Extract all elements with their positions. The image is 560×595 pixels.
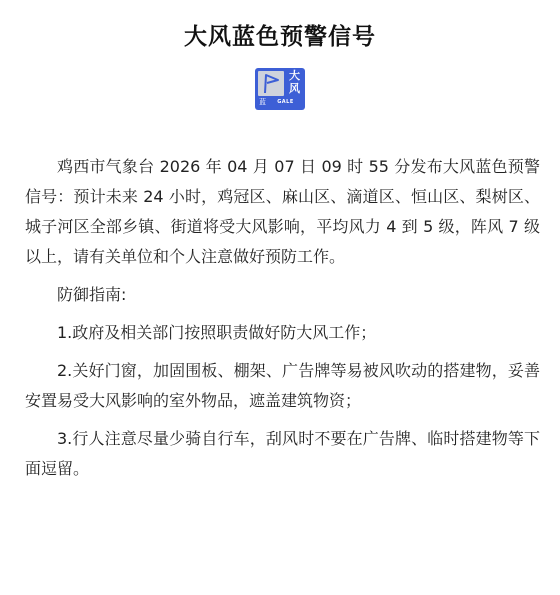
signal-gale-label: GALE [269,98,302,107]
wind-blue-warning-icon: 大风 蓝 GALE [255,68,305,110]
signal-chars: 大风 [286,69,303,95]
guide-item-2: 2.关好门窗，加固围板、棚架、广告牌等易被风吹动的搭建物，妥善安置易受大风影响的… [25,356,540,416]
warning-paragraph: 鸡西市气象台 2026 年 04 月 07 日 09 时 55 分发布大风蓝色预… [25,152,540,272]
guide-item-1: 1.政府及相关部门按照职责做好防大风工作； [25,318,540,348]
warning-body: 鸡西市气象台 2026 年 04 月 07 日 09 时 55 分发布大风蓝色预… [25,152,540,492]
guide-item-3: 3.行人注意尽量少骑自行车，刮风时不要在广告牌、临时搭建物等下面逗留。 [25,424,540,484]
page-title: 大风蓝色预警信号 [0,18,560,51]
flag-icon [258,71,284,96]
signal-color-label: 蓝 [258,98,267,107]
guide-heading: 防御指南: [25,280,540,310]
